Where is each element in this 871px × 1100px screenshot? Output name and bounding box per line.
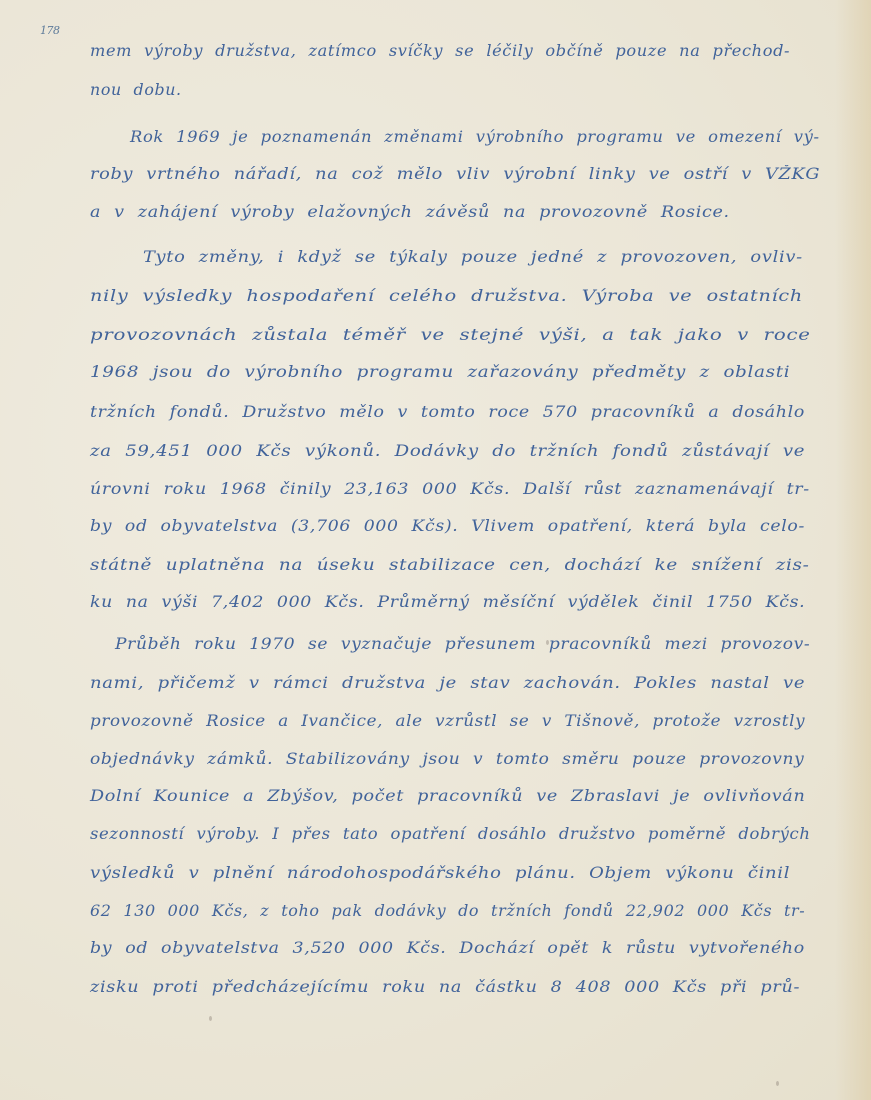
handwritten-line: nou dobu.: [90, 81, 182, 99]
handwritten-line: tržních fondů. Družstvo mělo v tomto roc…: [90, 403, 805, 421]
handwritten-line: zisku proti předcházejícímu roku na část…: [90, 978, 800, 996]
handwritten-line: Rok 1969 je poznamenán změnami výrobního…: [130, 128, 820, 146]
handwritten-line: ku na výši 7,402 000 Kčs. Průměrný měsíč…: [90, 593, 805, 611]
handwritten-line: za 59,451 000 Kčs výkonů. Dodávky do trž…: [90, 442, 805, 460]
handwritten-line: roby vrtného nářadí, na což mělo vliv vý…: [90, 165, 820, 183]
paper-speck: [209, 1016, 212, 1021]
handwritten-line: úrovni roku 1968 činily 23,163 000 Kčs. …: [90, 480, 810, 498]
handwritten-line: nily výsledky hospodaření celého družstv…: [90, 287, 803, 305]
handwritten-line: by od obyvatelstva 3,520 000 Kčs. Docház…: [90, 939, 805, 957]
handwritten-line: výsledků v plnění národohospodářského pl…: [90, 864, 790, 882]
handwritten-line: nami, přičemž v rámci družstva je stav z…: [90, 674, 805, 692]
paper-speck: [776, 1081, 779, 1086]
handwritten-line: provozovnách zůstala téměř ve stejné výš…: [90, 326, 811, 344]
handwritten-line: státně uplatněna na úseku stabilizace ce…: [90, 556, 810, 574]
handwritten-line: a v zahájení výroby elažovných závěsů na…: [90, 203, 730, 221]
paper-speck: [546, 640, 549, 645]
handwritten-line: provozovně Rosice a Ivančice, ale vzrůst…: [90, 712, 805, 730]
handwritten-page: 178 mem výroby družstva, zatímco svíčky …: [0, 0, 871, 1100]
handwritten-line: 62 130 000 Kčs, z toho pak dodávky do tr…: [90, 902, 805, 920]
handwritten-line: by od obyvatelstva (3,706 000 Kčs). Vliv…: [90, 517, 805, 535]
page-number: 178: [40, 24, 60, 37]
handwritten-line: Tyto změny, i když se týkaly pouze jedné…: [143, 248, 803, 266]
handwritten-line: objednávky zámků. Stabilizovány jsou v t…: [90, 750, 804, 768]
handwritten-line: mem výroby družstva, zatímco svíčky se l…: [90, 42, 790, 60]
handwritten-line: sezonností výroby. I přes tato opatření …: [90, 825, 811, 843]
handwritten-line: Dolní Kounice a Zbýšov, počet pracovníků…: [90, 787, 805, 805]
handwritten-line: Průběh roku 1970 se vyznačuje přesunem p…: [115, 635, 810, 653]
handwritten-line: 1968 jsou do výrobního programu zařazová…: [90, 363, 790, 381]
